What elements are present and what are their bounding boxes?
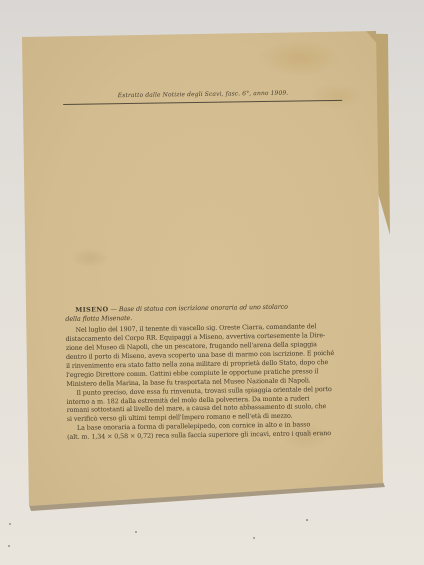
page-content: Estratto dalle Notizie degli Scavi, fasc… [62,89,370,443]
paper-sheet: Estratto dalle Notizie degli Scavi, fasc… [0,0,424,565]
dust-speck [306,519,308,521]
site-label: MISENO [75,306,108,314]
scan-background: Estratto dalle Notizie degli Scavi, fasc… [0,0,424,565]
article-text: MISENO—Base di statua con iscrizione ono… [65,302,370,442]
dust-speck [135,531,137,533]
article-title-line1: Base di statua con iscrizione onoraria a… [119,303,288,314]
source-note: Estratto dalle Notizie degli Scavi, fasc… [64,89,342,100]
dust-speck [8,545,10,547]
title-separator: — [111,306,117,314]
dust-speck [9,523,11,525]
dust-speck [253,537,255,539]
divider-rule [63,100,342,105]
